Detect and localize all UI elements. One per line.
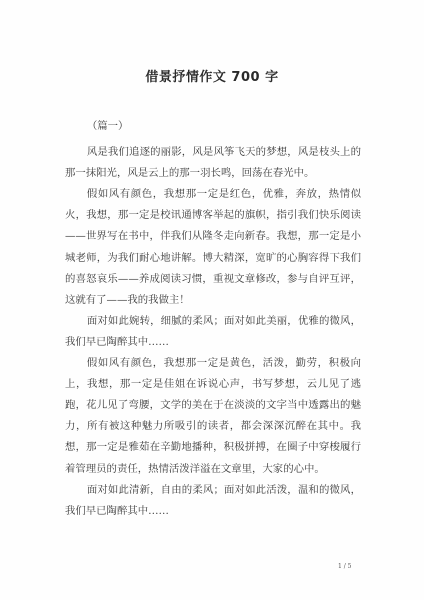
- page-number: 1 / 5: [338, 563, 351, 570]
- paragraph: 假如风有颜色，我想那一定是红色，优雅，奔放，热情似火，我想，那一定是校讯通博客举…: [65, 184, 361, 311]
- paragraph: 假如风有颜色，我想那一定是黄色，活泼，勤劳，积极向上，我想，那一定是佳姐在诉说心…: [65, 353, 361, 480]
- paragraph: 面对如此婉转，细腻的柔风；面对如此美丽，优雅的微风，我们早已陶醉其中……: [65, 311, 361, 353]
- document-page: 借景抒情作文 700 字 （篇一） 风是我们追逐的丽影，风是风筝飞天的梦想，风是…: [0, 0, 424, 600]
- document-title: 借景抒情作文 700 字: [0, 66, 424, 85]
- paragraph: 面对如此清新，自由的柔风；面对如此活泼，温和的微风，我们早已陶醉其中……: [65, 480, 361, 522]
- section-label: （篇一）: [65, 116, 361, 137]
- paragraph: 风是我们追逐的丽影，风是风筝飞天的梦想，风是枝头上的那一抹阳光，风是云上的那一羽…: [65, 142, 361, 184]
- document-body: （篇一） 风是我们追逐的丽影，风是风筝飞天的梦想，风是枝头上的那一抹阳光，风是云…: [65, 116, 361, 522]
